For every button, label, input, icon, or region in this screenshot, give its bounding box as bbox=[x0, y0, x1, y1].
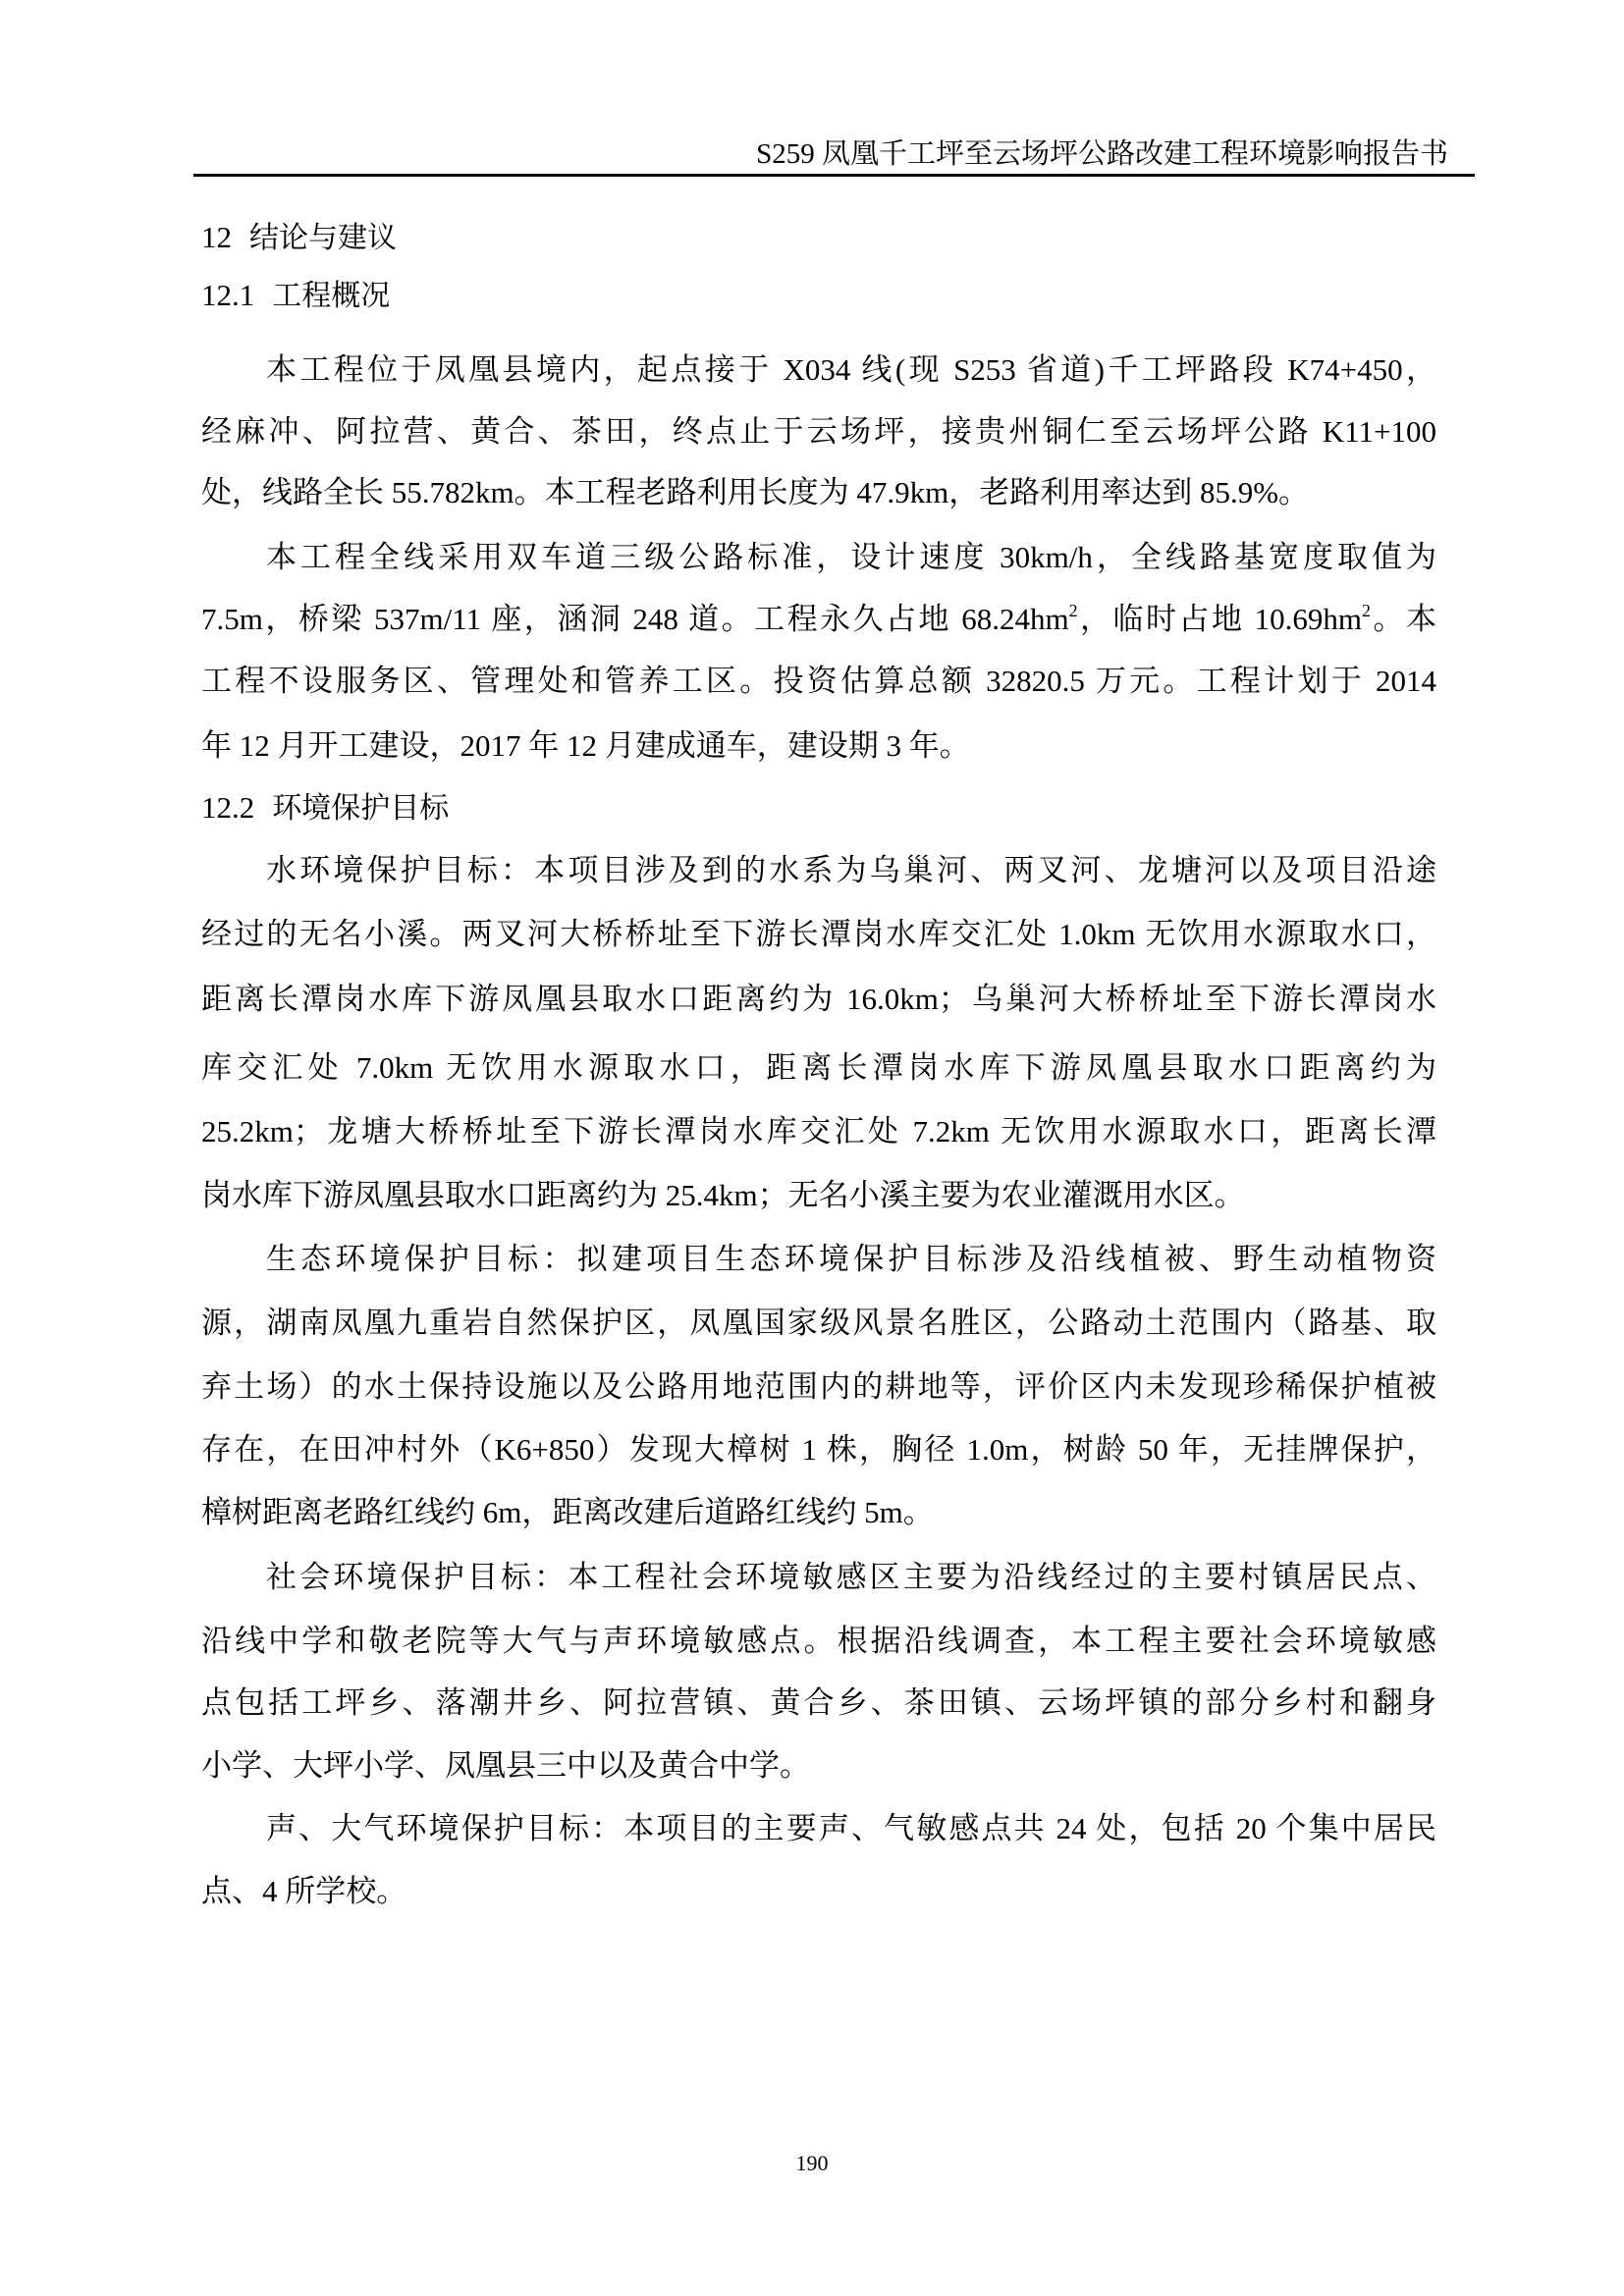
text-line: 经麻冲、阿拉营、黄合、茶田，终点止于云场坪，接贵州铜仁至云场坪公路 K11+10… bbox=[201, 412, 1436, 452]
chapter-number: 12 bbox=[201, 220, 232, 254]
text-line: 源，湖南凤凰九重岩自然保护区，凤凰国家级风景名胜区，公路动土范围内（路基、取 bbox=[201, 1304, 1436, 1343]
text-line: 处，线路全长 55.782km。本工程老路利用长度为 47.9km，老路利用率达… bbox=[201, 473, 1436, 512]
text-line: 弃土场）的水土保持设施以及公路用地范围内的耕地等，评价区内未发现珍稀保护植被 bbox=[201, 1367, 1436, 1407]
text-line: 樟树距离老路红线约 6m，距离改建后道路红线约 5m。 bbox=[201, 1493, 1436, 1532]
text-segment: ，临时占地 10.69hm bbox=[1078, 602, 1362, 636]
superscript: 2 bbox=[1069, 601, 1078, 620]
text-line: 岗水库下游凤凰县取水口距离约为 25.4km；无名小溪主要为农业灌溉用水区。 bbox=[201, 1176, 1436, 1215]
page-number: 190 bbox=[785, 2150, 839, 2177]
text-line: 生态环境保护目标：拟建项目生态环境保护目标涉及沿线植被、野生动植物资 bbox=[201, 1240, 1436, 1279]
running-header-title: S259 凤凰千工坪至云场坪公路改建工程环境影响报告书 bbox=[687, 137, 1448, 171]
chapter-heading: 12结论与建议 bbox=[201, 218, 1436, 257]
text-segment: 7.5m，桥梁 537m/11 座，涵洞 248 道。工程永久占地 68.24h… bbox=[201, 602, 1069, 636]
text-line: 小学、大坪小学、凤凰县三中以及黄合中学。 bbox=[201, 1746, 1436, 1786]
text-line: 库交汇处 7.0km 无饮用水源取水口，距离长潭岗水库下游凤凰县取水口距离约为 bbox=[201, 1048, 1436, 1088]
text-line: 工程不设服务区、管理处和管养工区。投资估算总额 32820.5 万元。工程计划于… bbox=[201, 662, 1436, 701]
section-number: 12.2 bbox=[201, 790, 254, 825]
text-line: 本工程全线采用双车道三级公路标准，设计速度 30km/h，全线路基宽度取值为 bbox=[201, 538, 1436, 577]
section-heading-12-1: 12.1工程概况 bbox=[201, 276, 1436, 315]
text-line: 年 12 月开工建设，2017 年 12 月建成通车，建设期 3 年。 bbox=[201, 726, 1436, 766]
superscript: 2 bbox=[1362, 601, 1371, 620]
text-line: 经过的无名小溪。两叉河大桥桥址至下游长潭岗水库交汇处 1.0km 无饮用水源取水… bbox=[201, 915, 1436, 954]
text-line: 本工程位于凤凰县境内，起点接于 X034 线(现 S253 省道)千工坪路段 K… bbox=[201, 350, 1436, 390]
text-line: 沿线中学和敬老院等大气与声环境敏感点。根据沿线调查，本工程主要社会环境敏感 bbox=[201, 1622, 1436, 1661]
text-line: 点包括工坪乡、落潮井乡、阿拉营镇、黄合乡、茶田镇、云场坪镇的部分乡村和翻身 bbox=[201, 1683, 1436, 1723]
section-title: 环境保护目标 bbox=[272, 791, 449, 826]
text-line: 存在，在田冲村外（K6+850）发现大樟树 1 株，胸径 1.0m，树龄 50 … bbox=[201, 1430, 1436, 1469]
text-line: 声、大气环境保护目标：本项目的主要声、气敏感点共 24 处，包括 20 个集中居… bbox=[201, 1809, 1436, 1848]
header-rule bbox=[193, 174, 1475, 177]
text-line: 25.2km；龙塘大桥桥址至下游长潭岗水库交汇处 7.2km 无饮用水源取水口，… bbox=[201, 1112, 1436, 1151]
text-line-with-superscripts: 7.5m，桥梁 537m/11 座，涵洞 248 道。工程永久占地 68.24h… bbox=[201, 600, 1436, 639]
text-line: 点、4 所学校。 bbox=[201, 1872, 1436, 1911]
chapter-title: 结论与建议 bbox=[249, 221, 397, 255]
text-line: 水环境保护目标：本项目涉及到的水系为乌巢河、两叉河、龙塘河以及项目沿途 bbox=[201, 851, 1436, 890]
section-heading-12-2: 12.2环境保护目标 bbox=[201, 788, 1436, 828]
section-number: 12.1 bbox=[201, 278, 254, 312]
section-title: 工程概况 bbox=[272, 279, 390, 313]
text-segment: 。本 bbox=[1371, 602, 1436, 636]
text-line: 距离长潭岗水库下游凤凰县取水口距离约为 16.0km；乌巢河大桥桥址至下游长潭岗… bbox=[201, 980, 1436, 1019]
text-line: 社会环境保护目标：本工程社会环境敏感区主要为沿线经过的主要村镇居民点、 bbox=[201, 1558, 1436, 1597]
